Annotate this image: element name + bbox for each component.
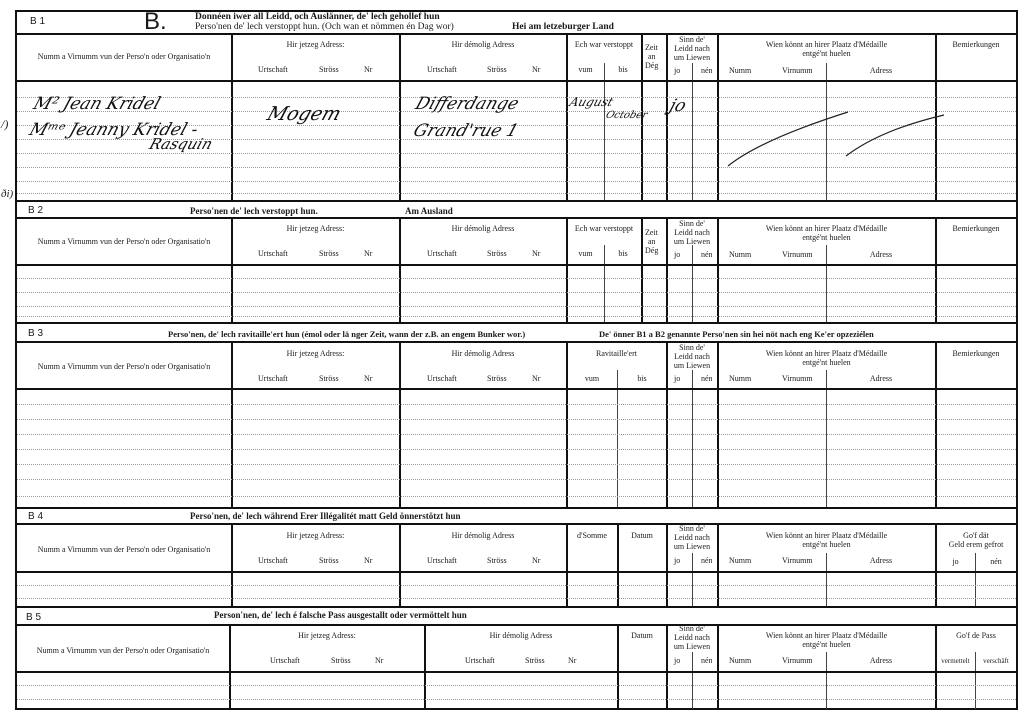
row-line [17,598,1016,599]
header-medal: Wien könnt an hirer Plaatz d'Médaille [718,631,935,640]
header-alive: um Liewen [667,542,717,551]
header-adress: Adress [827,556,935,565]
header-bottom [15,264,1018,266]
row-line [17,306,1016,307]
section-bottom [15,322,1018,324]
header-former-address: Hir démolig Adress [400,40,566,49]
row-line [17,153,1016,154]
header-numm: Numm [729,250,751,259]
header-alive: um Liewen [667,53,717,62]
header-medal: entgé'nt huelen [718,540,935,549]
header-alive: Sinn de' [667,524,717,533]
header-numm: Numm [729,556,751,565]
header-alive: Sinn de' [667,35,717,44]
header-jo: jo [674,250,680,259]
entry-name-1[interactable]: M² Jean Kridel [31,94,163,114]
header-nr: Nr [364,65,372,74]
header-numm: Numm [729,656,751,665]
header-urtschaft: Urtschaft [258,556,288,565]
entry-from[interactable]: August [568,95,615,109]
col-divider [399,342,401,507]
header-name: Numm a Virnumm vun der Perso'n oder Orga… [18,545,230,554]
col-divider [692,370,693,507]
left-border [15,10,17,709]
section-title: Perso'nen, de' lech ravitaille'ert hun (… [168,329,525,339]
right-border [1016,10,1018,709]
header-stross: Ströss [319,65,339,74]
header-vum: vum [567,249,604,258]
header-hidden: Ech war verstoppt [567,224,641,233]
form-letter: B. [144,8,167,36]
header-former-address: Hir démolig Adress [425,631,617,640]
header-alive: Leidd nach [667,533,717,542]
header-stross: Ströss [319,374,339,383]
col-divider [692,245,693,322]
section-title: Person'nen, de' lech é falsche Pass ausg… [214,610,467,620]
form-intro-line2-right: Hei am letzeburger Land [512,22,614,32]
header-numm: Numm [729,66,751,75]
section-id: B 1 [30,16,45,27]
header-medal: Wien könnt an hirer Plaatz d'Médaille [718,531,935,540]
entry-alive[interactable]: jo [667,96,689,116]
header-nen: nén [701,374,713,383]
header-datum: Datum [618,631,666,640]
header-nr: Nr [364,374,372,383]
header-vermettelt: vermettelt [936,657,975,666]
row-line [17,585,1016,586]
header-bis: bis [605,249,641,258]
bottom-border [15,708,1018,710]
header-name: Numm a Virnumm vun der Perso'n oder Orga… [18,362,230,371]
header-numm: Numm [729,374,751,383]
header-nen: nén [701,656,713,665]
margin-mark: ði) [1,190,13,199]
entry-former-street[interactable]: Grand'rue 1 [411,121,521,141]
header-stross: Ströss [487,374,507,383]
header-former-address: Hir démolig Adress [400,531,566,540]
header-remarks: Bemierkungen [936,349,1016,358]
header-virnumm: Virnumm [782,374,813,383]
header-nr: Nr [364,556,372,565]
header-alive: Leidd nach [667,44,717,53]
header-stross: Ströss [319,556,339,565]
header-urtschaft: Urtschaft [427,556,457,565]
header-current-address: Hir jetzeg Adress: [230,631,424,640]
divider [15,33,1018,35]
col-divider [566,342,568,507]
header-stross: Ströss [487,65,507,74]
header-nr: Nr [532,374,540,383]
header-bottom [15,571,1018,573]
row-line [17,292,1016,293]
header-stross: Ströss [525,656,545,665]
col-divider [692,63,693,200]
header-current-address: Hir jetzeg Adress: [232,349,399,358]
header-adress: Adress [827,374,935,383]
section-id: B 5 [26,612,41,623]
header-urtschaft: Urtschaft [270,656,300,665]
header-alive: Leidd nach [667,352,717,361]
row-line [17,464,1016,465]
header-medal: Wien könnt an hirer Plaatz d'Médaille [718,349,935,358]
header-remarks: Bemierkungen [936,40,1016,49]
header-jo: jo [674,656,680,665]
header-nr: Nr [568,656,576,665]
header-former-address: Hir démolig Adress [400,224,566,233]
row-line [17,479,1016,480]
header-bis: bis [618,374,666,383]
col-divider [826,370,827,507]
header-alive: Sinn de' [667,219,717,228]
col-divider [617,370,618,507]
row-line [17,449,1016,450]
header-vum: vum [567,65,604,74]
header-virnumm: Virnumm [782,66,813,75]
header-jo: jo [674,556,680,565]
header-verschaft: verschäft [976,657,1016,666]
header-alive: um Liewen [667,237,717,246]
header-remarks: Bemierkungen [936,224,1016,233]
header-urtschaft: Urtschaft [427,374,457,383]
row-line [17,496,1016,497]
section-bottom [15,507,1018,509]
entry-to[interactable]: October [604,110,649,121]
header-nr: Nr [375,656,383,665]
header-stross: Ströss [487,249,507,258]
header-nen: nén [701,66,713,75]
row-line [17,181,1016,182]
header-jo: jo [674,66,680,75]
header-medal: Wien könnt an hirer Plaatz d'Médaille [718,224,935,233]
header-ravitailleert: Ravitaille'ert [567,349,666,358]
header-virnumm: Virnumm [782,556,813,565]
col-divider [566,34,568,200]
header-nen: nén [701,250,713,259]
header-urtschaft: Urtschaft [427,65,457,74]
row-line [17,193,1016,194]
header-alive: Sinn de' [667,624,717,633]
col-divider [935,342,937,507]
section-title-right: Am Ausland [405,206,453,216]
row-line [17,278,1016,279]
divider [15,341,1018,343]
header-alive: Leidd nach [667,633,717,642]
row-line [17,404,1016,405]
header-zeit: Dég [645,246,658,255]
header-jo: jo [674,374,680,383]
entry-former-place[interactable]: Differdange [413,94,522,114]
header-urtschaft: Urtschaft [465,656,495,665]
header-current-address: Hir jetzeg Adress: [232,40,399,49]
divider [15,217,1018,219]
header-bis: bis [605,65,641,74]
header-alive: um Liewen [667,642,717,651]
col-divider [935,34,937,200]
header-urtschaft: Urtschaft [258,65,288,74]
margin-mark: /) [1,120,8,129]
header-urtschaft: Urtschaft [427,249,457,258]
row-line [17,111,1016,112]
divider [15,523,1018,525]
entry-name-3[interactable]: Rasquin [147,135,215,153]
row-line [17,699,1016,700]
header-bottom [15,671,1018,673]
header-gof-pass: Go'f de Pass [936,631,1016,640]
col-divider [399,34,401,200]
header-medal: Wien könnt an hirer Plaatz d'Médaille [718,40,935,49]
header-virnumm: Virnumm [782,656,813,665]
header-vum: vum [567,374,617,383]
divider [15,624,1018,626]
col-divider [692,652,693,709]
header-nr: Nr [532,65,540,74]
header-bottom [15,388,1018,390]
section-id: B 3 [28,328,43,339]
header-medal: entgé'nt huelen [718,49,935,58]
col-divider [231,34,233,200]
header-zeit: Zeit [645,228,658,237]
header-name: Numm a Virnumm vun der Perso'n oder Orga… [18,237,230,246]
header-alive: Leidd nach [667,228,717,237]
header-nr: Nr [364,249,372,258]
header-medal: entgé'nt huelen [718,640,935,649]
col-divider [826,63,827,200]
header-urtschaft: Urtschaft [258,249,288,258]
header-gof-geld: Go'f dät [936,531,1016,540]
section-bottom [15,200,1018,202]
header-virnumm: Virnumm [782,250,813,259]
header-current-address: Hir jetzeg Adress: [232,531,399,540]
header-stross: Ströss [487,556,507,565]
section-id: B 4 [28,511,43,522]
header-nen: nén [976,557,1016,566]
header-stross: Ströss [331,656,351,665]
row-line [17,167,1016,168]
header-alive: um Liewen [667,361,717,370]
header-medal: entgé'nt huelen [718,358,935,367]
header-alive: Sinn de' [667,343,717,352]
section-title: Perso'nen, de' lech während Erer Illégal… [190,511,460,521]
header-adress: Adress [827,250,935,259]
section-id: B 2 [28,205,43,216]
header-gof-geld: Geld erem gefrot [936,540,1016,549]
entry-current-place[interactable]: Mogem [264,103,343,125]
header-zeit: an [648,52,656,61]
header-current-address: Hir jetzeg Adress: [232,224,399,233]
header-bottom [15,80,1018,82]
col-divider [231,342,233,507]
form-intro-line1: Donnéen iwer all Leidd, och Auslänner, d… [195,12,440,22]
header-zeit: an [648,237,656,246]
header-jo: jo [936,557,975,566]
header-name: Numm a Virnumm vun der Perso'n oder Orga… [18,52,230,61]
header-zeit: Dég [645,61,658,70]
header-name: Numm a Virnumm vun der Perso'n oder Orga… [18,646,228,655]
section-title: Perso'nen de' lech verstoppt hun. [190,206,318,216]
col-divider [717,34,719,200]
header-nr: Nr [532,556,540,565]
header-somme: d'Somme [567,531,617,540]
header-datum: Datum [618,531,666,540]
section-bottom [15,606,1018,608]
header-zeit: Zeit [645,43,658,52]
row-line [17,316,1016,317]
header-urtschaft: Urtschaft [258,374,288,383]
row-line [17,685,1016,686]
header-hidden: Ech war verstoppt [567,40,641,49]
header-medal: entgé'nt huelen [718,233,935,242]
header-nen: nén [701,556,713,565]
section-title-right: De' önner B1 a B2 genannte Perso'nen sin… [599,329,874,339]
header-adress: Adress [827,656,935,665]
row-line [17,434,1016,435]
col-divider [604,63,605,200]
header-adress: Adress [827,66,935,75]
form-intro-line2: Perso'nen de' lech verstoppt hun. (Och w… [195,22,454,32]
header-former-address: Hir démolig Adress [400,349,566,358]
header-stross: Ströss [319,249,339,258]
row-line [17,419,1016,420]
header-nr: Nr [532,249,540,258]
